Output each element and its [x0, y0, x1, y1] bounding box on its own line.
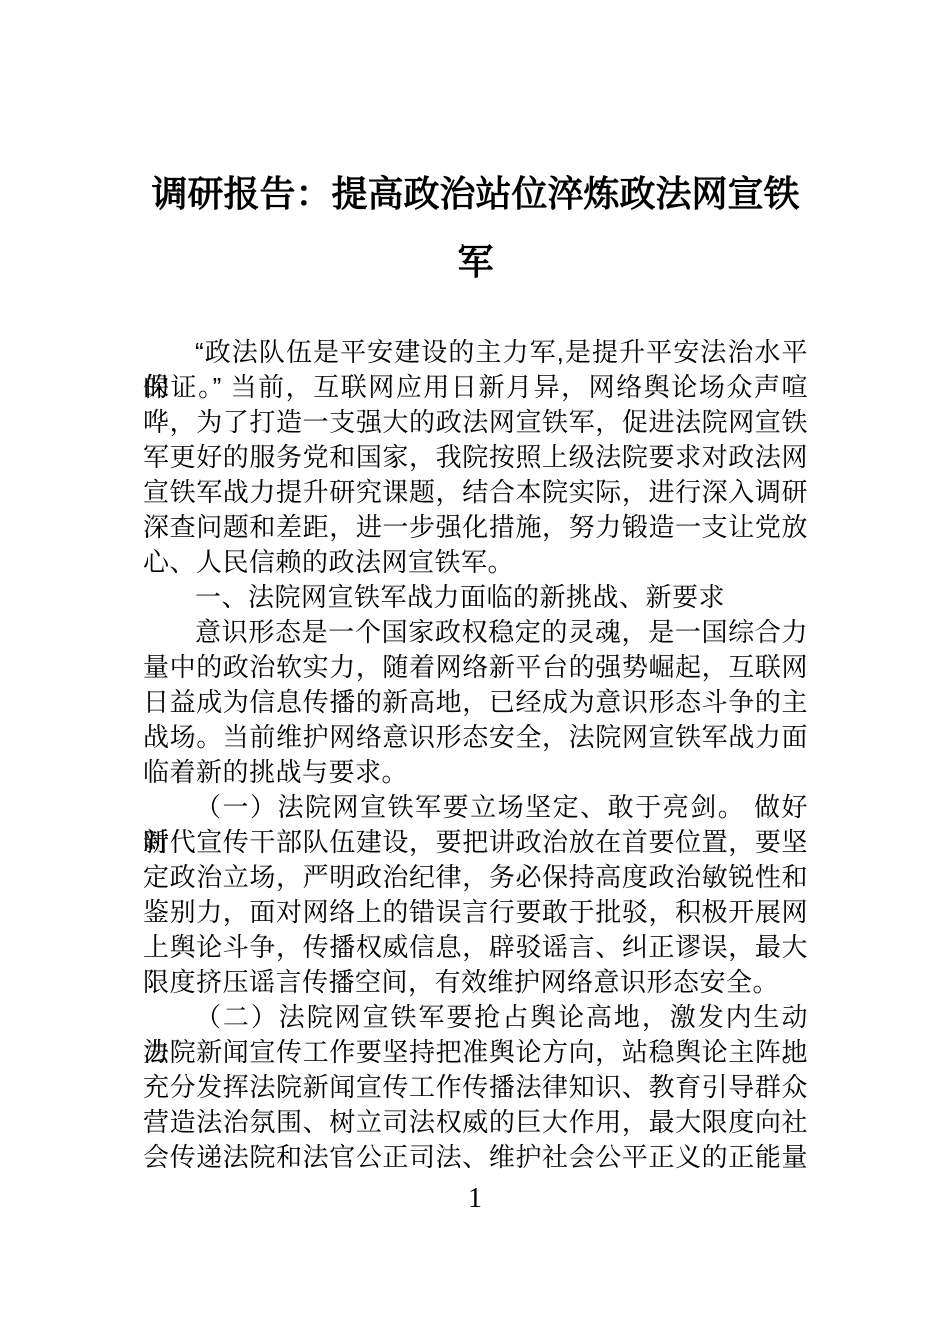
text-line: 鉴别力，面对网络上的错误言行要敢于批驳，积极开展网 — [143, 895, 808, 930]
text-line: 深查问题和差距，进一步强化措施，努力锻造一支让党放 — [143, 510, 808, 545]
text-line: 保证。” 当前，互联网应用日新月异，网络舆论场众声喧 — [143, 370, 808, 405]
text-line: 日益成为信息传播的新高地，已经成为意识形态斗争的主 — [143, 685, 808, 720]
text-line: 量中的政治软实力，随着网络新平台的强势崛起，互联网 — [143, 650, 808, 685]
text-line: 军更好的服务党和国家，我院按照上级法院要求对政法网 — [143, 440, 808, 475]
paragraph: “政法队伍是平安建设的主力军,是提升平安法治水平的保证。” 当前，互联网应用日新… — [143, 335, 808, 580]
text-line: 定政治立场，严明政治纪律，务必保持高度政治敏锐性和 — [143, 860, 808, 895]
text-line: 战场。当前维护网络意识形态安全，法院网宣铁军战力面 — [143, 720, 808, 755]
text-line: 上舆论斗争，传播权威信息，辟驳谣言、纠正谬误，最大 — [143, 930, 808, 965]
document-title-line: 军 — [143, 228, 808, 296]
document-page: 调研报告：提高政治站位淬炼政法网宣铁军 “政法队伍是平安建设的主力军,是提升平安… — [0, 0, 950, 1344]
page-number: 1 — [0, 1182, 950, 1216]
text-line: 法院新闻宣传工作要坚持把准舆论方向，站稳舆论主阵地 — [143, 1035, 808, 1070]
document-body: “政法队伍是平安建设的主力军,是提升平安法治水平的保证。” 当前，互联网应用日新… — [143, 335, 808, 1175]
text-line: 会传递法院和法官公正司法、维护社会公平正义的正能量 — [143, 1140, 808, 1175]
document-title-line: 调研报告：提高政治站位淬炼政法网宣铁 — [143, 160, 808, 228]
text-line: 临着新的挑战与要求。 — [143, 755, 808, 790]
text-line: 时代宣传干部队伍建设，要把讲政治放在首要位置，要坚 — [143, 825, 808, 860]
text-line: 充分发挥法院新闻宣传工作传播法律知识、教育引导群众 — [143, 1070, 808, 1105]
text-line: 营造法治氛围、树立司法权威的巨大作用，最大限度向社 — [143, 1105, 808, 1140]
text-line: 一、法院网宣铁军战力面临的新挑战、新要求 — [143, 580, 808, 615]
paragraph: （二）法院网宣铁军要抢占舆论高地，激发内生动力。法院新闻宣传工作要坚持把准舆论方… — [143, 1000, 808, 1175]
paragraph: 意识形态是一个国家政权稳定的灵魂，是一国综合力量中的政治软实力，随着网络新平台的… — [143, 615, 808, 790]
text-line: 意识形态是一个国家政权稳定的灵魂，是一国综合力 — [143, 615, 808, 650]
text-line: 哗，为了打造一支强大的政法网宣铁军，促进法院网宣铁 — [143, 405, 808, 440]
text-line: “政法队伍是平安建设的主力军,是提升平安法治水平的 — [143, 335, 808, 370]
text-line: （一）法院网宣铁军要立场坚定、敢于亮剑。 做好新 — [143, 790, 808, 825]
text-line: （二）法院网宣铁军要抢占舆论高地，激发内生动力。 — [143, 1000, 808, 1035]
text-line: 宣铁军战力提升研究课题，结合本院实际，进行深入调研 — [143, 475, 808, 510]
text-line: 心、人民信赖的政法网宣铁军。 — [143, 545, 808, 580]
paragraph: （一）法院网宣铁军要立场坚定、敢于亮剑。 做好新时代宣传干部队伍建设，要把讲政治… — [143, 790, 808, 1000]
paragraph: 一、法院网宣铁军战力面临的新挑战、新要求 — [143, 580, 808, 615]
text-line: 限度挤压谣言传播空间，有效维护网络意识形态安全。 — [143, 965, 808, 1000]
document-title: 调研报告：提高政治站位淬炼政法网宣铁军 — [143, 160, 808, 296]
